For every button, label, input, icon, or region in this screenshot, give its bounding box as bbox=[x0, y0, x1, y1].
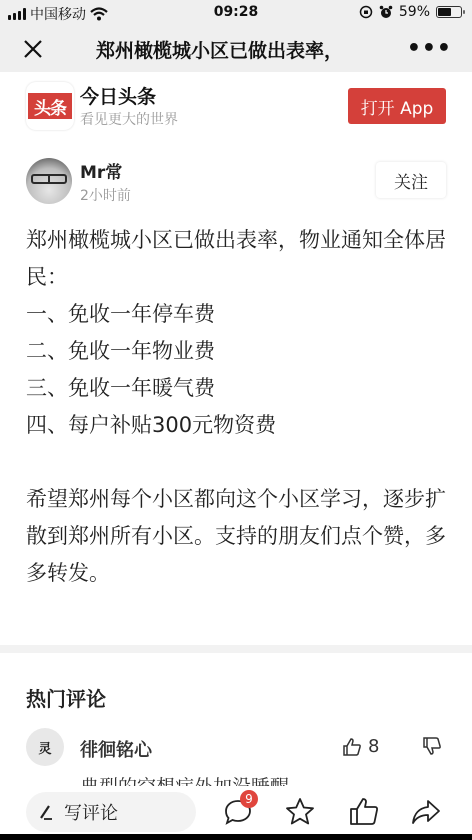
battery-percent: 59% bbox=[399, 4, 430, 20]
article-paragraph: 希望郑州每个小区都向这个小区学习，逐步扩散到郑州所有小区。支持的朋友们点个赞，多… bbox=[26, 481, 450, 592]
follow-button[interactable]: 关注 bbox=[376, 162, 446, 198]
bottom-action-bar: 写评论 9 bbox=[0, 786, 472, 840]
article-list-item: 四、每户补贴300元物资费 bbox=[26, 407, 450, 444]
comment-like-count: 8 bbox=[368, 736, 379, 757]
article-list-item: 三、免收一年暖气费 bbox=[26, 370, 450, 407]
publish-time: 2小时前 bbox=[80, 185, 131, 205]
app-logo-text: 头条 bbox=[28, 93, 72, 119]
alarm-icon bbox=[379, 5, 393, 19]
open-app-button[interactable]: 打开 App bbox=[348, 88, 446, 124]
app-logo: 头条 bbox=[26, 82, 74, 130]
hot-comments-title: 热门评论 bbox=[26, 683, 106, 712]
share-icon[interactable] bbox=[410, 796, 442, 828]
page-title: 郑州橄榄城小区已做出表率， bbox=[96, 36, 343, 63]
status-bar: 中国移动 09:28 59% bbox=[0, 0, 472, 26]
app-banner: 头条 今日头条 看见更大的世界 打开 App bbox=[0, 72, 472, 142]
write-comment-label: 写评论 bbox=[64, 799, 118, 825]
pencil-icon bbox=[38, 803, 56, 821]
author-row: Mr常 2小时前 关注 bbox=[0, 142, 472, 212]
more-button[interactable]: ••• bbox=[407, 36, 452, 61]
commenter-avatar[interactable]: 灵 bbox=[26, 728, 64, 766]
paragraph-gap bbox=[26, 444, 450, 481]
thumbs-up-icon bbox=[342, 737, 362, 757]
avatar[interactable] bbox=[26, 158, 72, 204]
commenter-name[interactable]: 徘徊铭心 bbox=[80, 736, 152, 762]
status-right: 59% bbox=[359, 4, 462, 20]
comment-count-badge: 9 bbox=[240, 790, 258, 808]
write-comment-input[interactable]: 写评论 bbox=[26, 792, 196, 832]
article-body: 郑州橄榄城小区已做出表率，物业通知全体居民： 一、免收一年停车费 二、免收一年物… bbox=[26, 222, 450, 592]
article-list-item: 一、免收一年停车费 bbox=[26, 296, 450, 333]
article-list-item: 二、免收一年物业费 bbox=[26, 333, 450, 370]
battery-icon bbox=[436, 6, 462, 18]
comment-like-button[interactable]: 8 bbox=[342, 736, 379, 757]
section-divider bbox=[0, 645, 472, 653]
author-name[interactable]: Mr常 bbox=[80, 158, 122, 183]
star-icon[interactable] bbox=[284, 796, 316, 828]
home-indicator-strip bbox=[0, 834, 472, 840]
close-icon[interactable] bbox=[18, 34, 48, 64]
thumbs-up-icon[interactable] bbox=[348, 796, 380, 828]
orientation-lock-icon bbox=[359, 5, 373, 19]
article-paragraph: 郑州橄榄城小区已做出表率，物业通知全体居民： bbox=[26, 222, 450, 296]
thumbs-down-icon[interactable] bbox=[422, 736, 442, 756]
app-slogan: 看见更大的世界 bbox=[80, 109, 178, 129]
nav-bar: 郑州橄榄城小区已做出表率， ••• bbox=[0, 26, 472, 72]
app-name: 今日头条 bbox=[80, 82, 156, 109]
glasses-icon bbox=[31, 174, 67, 184]
